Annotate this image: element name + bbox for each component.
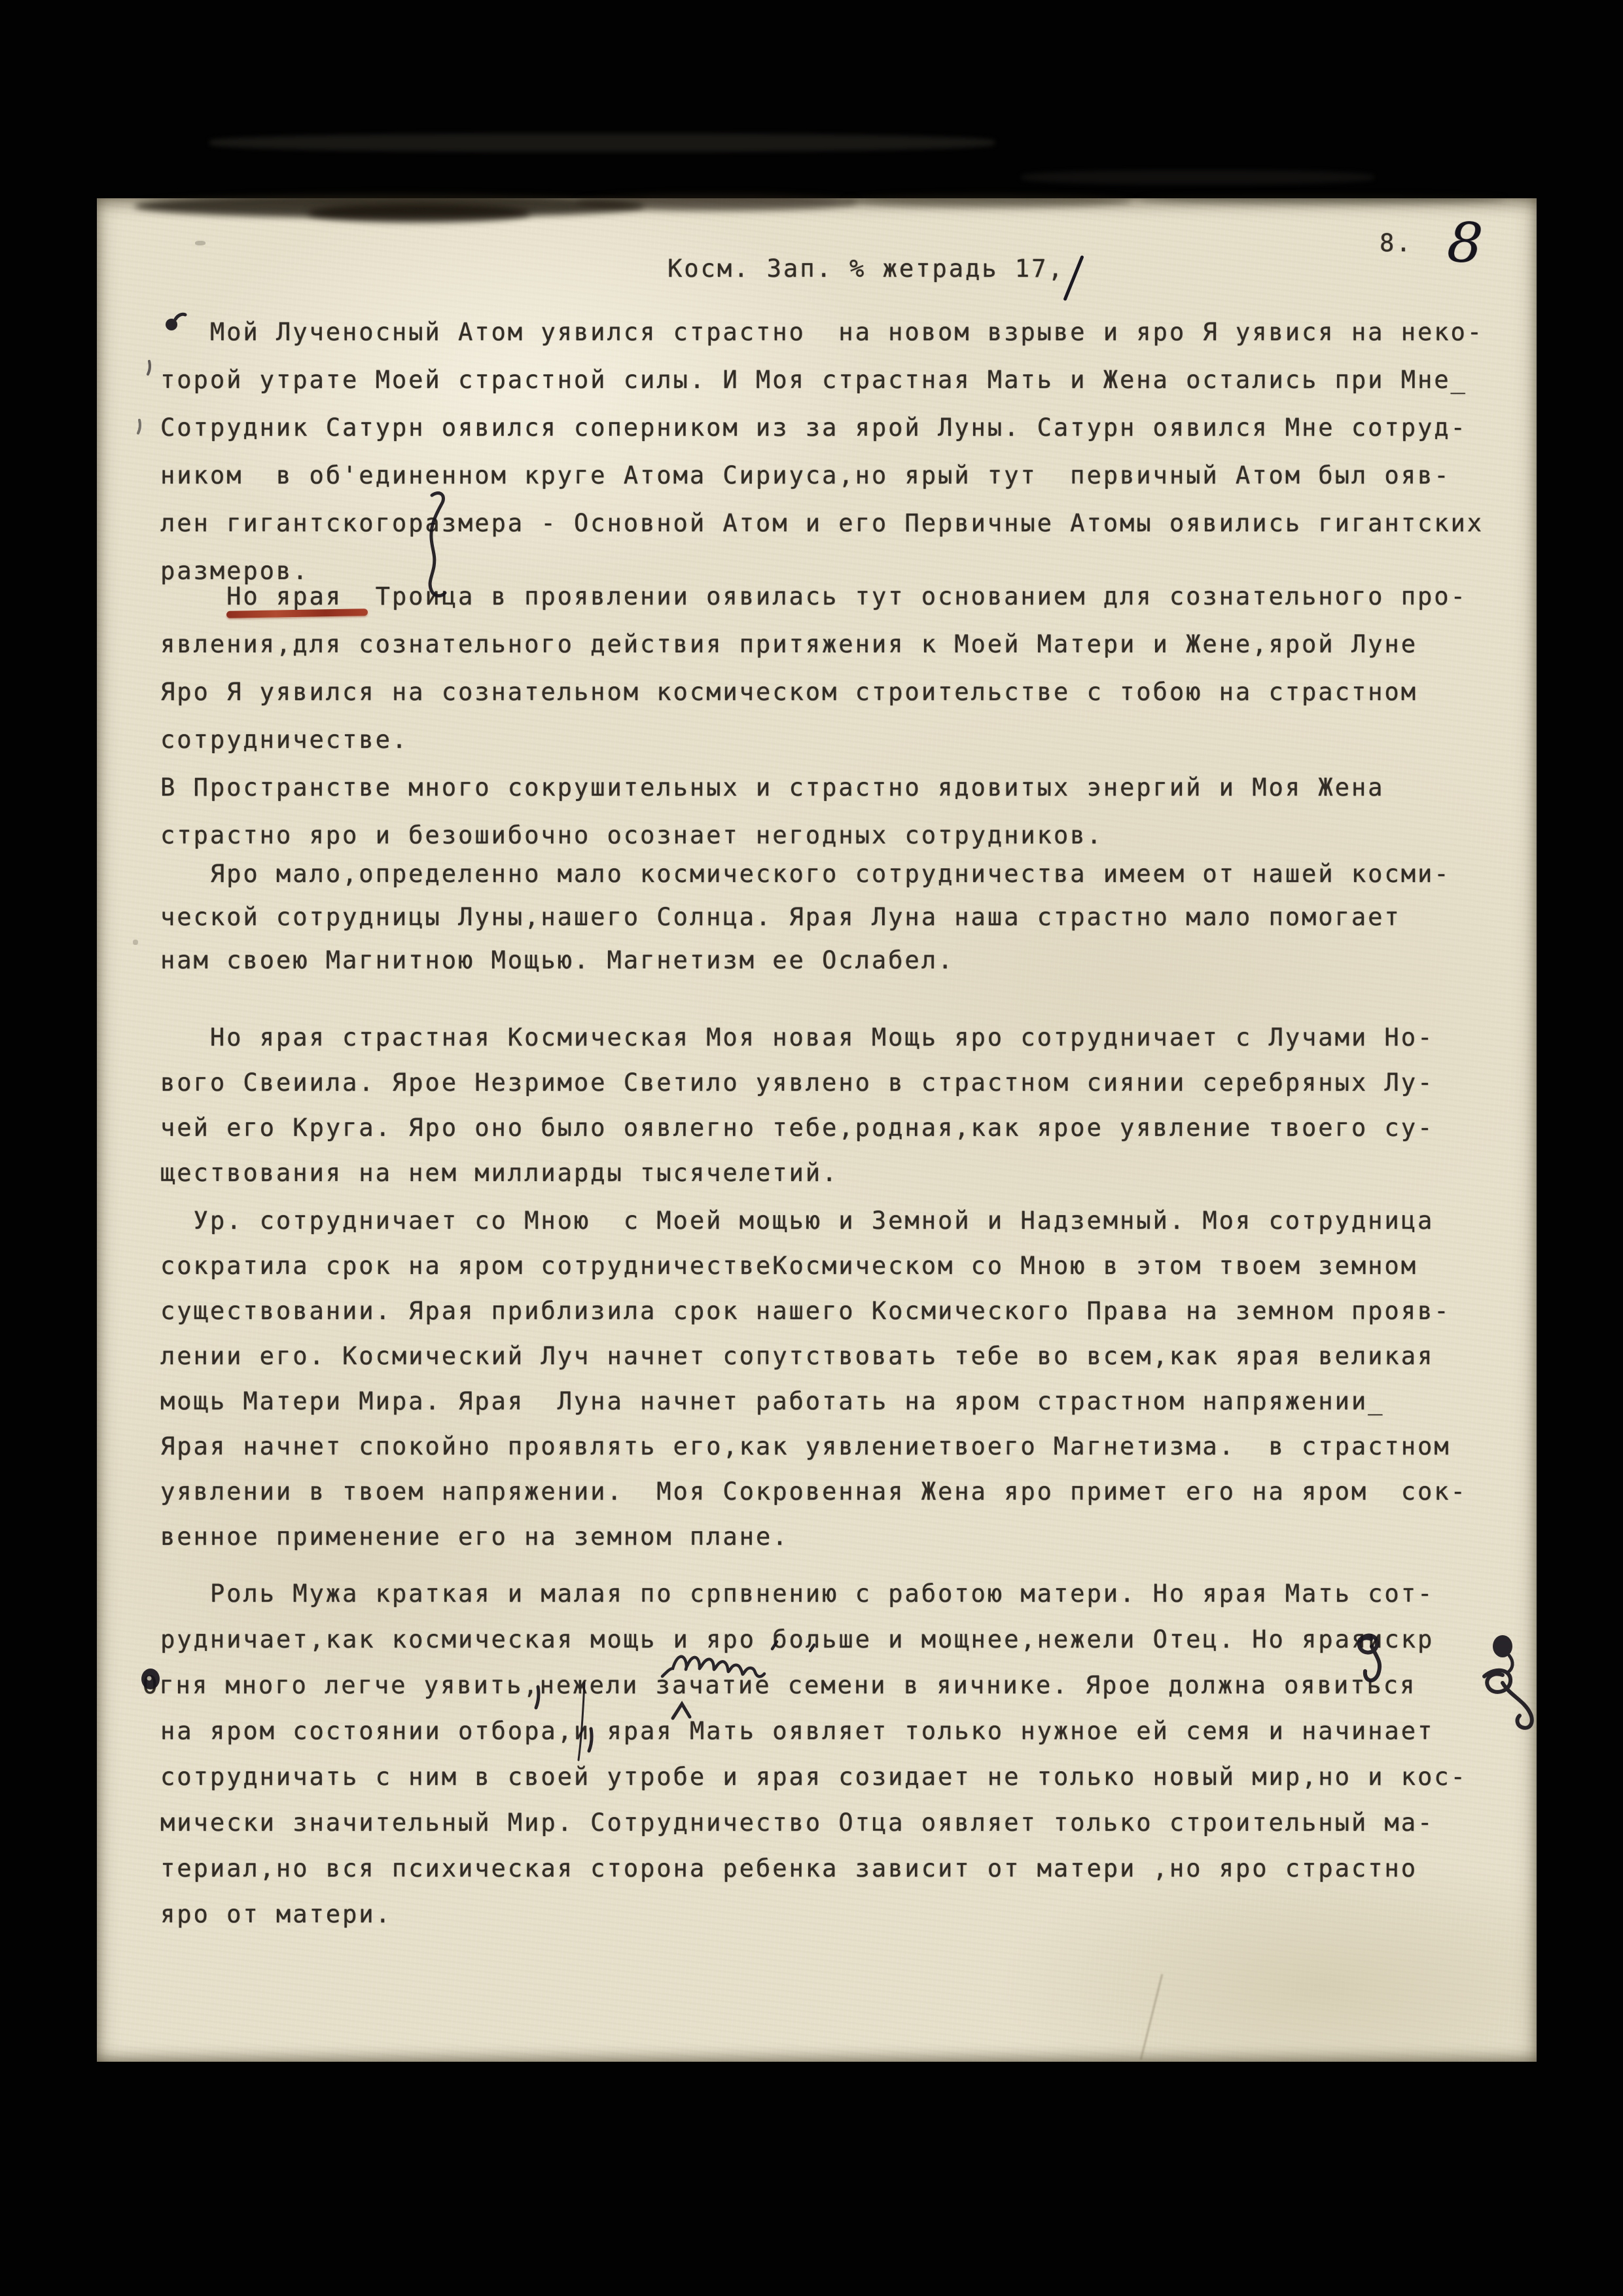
- page-number-typed: 8.: [1380, 229, 1413, 257]
- top-edge-smudge: [308, 204, 530, 222]
- paragraph: Но ярая страстная Космическая Моя новая …: [160, 1015, 1434, 1195]
- text-line: рудничает,как космическая мощь и яро бол…: [160, 1617, 1467, 1663]
- text-line: мически значительный Мир. Сотрудничество…: [160, 1800, 1467, 1846]
- text-line: Роль Мужа краткая и малая по српвнению с…: [160, 1571, 1467, 1617]
- text-line: венное применение его на земном плане.: [160, 1514, 1467, 1559]
- text-line: на яром состоянии отбора,и ярая Мать ояв…: [160, 1708, 1467, 1754]
- text-line: Мой Лученосный Атом уявился страстно на …: [160, 308, 1484, 356]
- text-line: сократила срок на яром сотрудничествеКос…: [160, 1243, 1467, 1288]
- paragraph: Но ярая Троица в проявлении оявилась тут…: [160, 573, 1467, 764]
- top-edge-smudge: [576, 194, 857, 211]
- text-line: лении его. Космический Луч начнет сопутс…: [160, 1333, 1467, 1379]
- top-edge-smudge: [1139, 195, 1505, 204]
- paragraph: Роль Мужа краткая и малая по српвнению с…: [160, 1571, 1467, 1937]
- text-line: лен гигантскогоразмера - Основной Атом и…: [160, 499, 1484, 547]
- text-line: чей его Круга. Яро оно было оявлегно теб…: [160, 1105, 1434, 1150]
- text-line: нам своею Магнитною Мощью. Магнетизм ее …: [160, 939, 1451, 982]
- text-line: Яро мало,определенно мало космического с…: [160, 853, 1451, 896]
- document-header: Косм. Зап. % жетрадь 17,: [668, 255, 1065, 283]
- text-line: существовании. Ярая приблизила срок наше…: [160, 1288, 1467, 1333]
- paragraph: Яро мало,определенно мало космического с…: [160, 853, 1451, 982]
- text-line: явления,для сознательного действия притя…: [160, 620, 1467, 668]
- paragraph: Ур. сотрудничает со Мною с Моей мощью и …: [160, 1198, 1467, 1559]
- text-line: Сотрудник Сатурн оявился соперником из з…: [160, 404, 1484, 451]
- text-line: уявлении в твоем напряжении. Моя Сокрове…: [160, 1469, 1467, 1514]
- page-number-handwritten: 8: [1446, 209, 1485, 275]
- text-line: В Пространстве много сокрушительных и ст…: [160, 764, 1384, 811]
- scanner-noise-band: [1021, 170, 1374, 185]
- paragraph: Мой Лученосный Атом уявился страстно на …: [160, 308, 1484, 595]
- paragraph: В Пространстве много сокрушительных и ст…: [160, 764, 1384, 859]
- text-line: Огня много легче уявить,нежели зачатие с…: [143, 1663, 1467, 1708]
- text-line: Но ярая страстная Космическая Моя новая …: [160, 1015, 1434, 1060]
- paper-fleck: [133, 940, 138, 945]
- text-line: торой утрате Моей страстной силы. И Моя …: [160, 356, 1484, 404]
- scanner-noise-band: [209, 133, 995, 152]
- text-line: яро от матери.: [160, 1892, 1467, 1937]
- text-line: сотрудничестве.: [160, 716, 1467, 764]
- text-line: ществования на нем миллиарды тысячелетий…: [160, 1150, 1434, 1195]
- text-line: мощь Матери Мира. Ярая Луна начнет работ…: [160, 1379, 1467, 1424]
- text-line: ником в об'единенном круге Атома Сириуса…: [160, 451, 1484, 499]
- text-line: вого Свеиила. Ярое Незримое Светило уявл…: [160, 1060, 1434, 1105]
- text-line: Яро Я уявился на сознательном космическо…: [160, 668, 1467, 716]
- text-line: Ярая начнет спокойно проявлять его,как у…: [160, 1424, 1467, 1469]
- paper-fleck: [195, 241, 205, 245]
- top-edge-smudge: [844, 194, 1132, 207]
- text-line: териал,но вся психическая сторона ребенк…: [160, 1846, 1467, 1892]
- scanned-document-page: Косм. Зап. % жетрадь 17, 8. 8 Мой Лучено…: [0, 0, 1623, 2296]
- text-line: сотрудничать с ним в своей утробе и ярая…: [160, 1754, 1467, 1800]
- text-line: Ур. сотрудничает со Мною с Моей мощью и …: [160, 1198, 1467, 1243]
- text-line: ческой сотрудницы Луны,нашего Солнца. Яр…: [160, 896, 1451, 939]
